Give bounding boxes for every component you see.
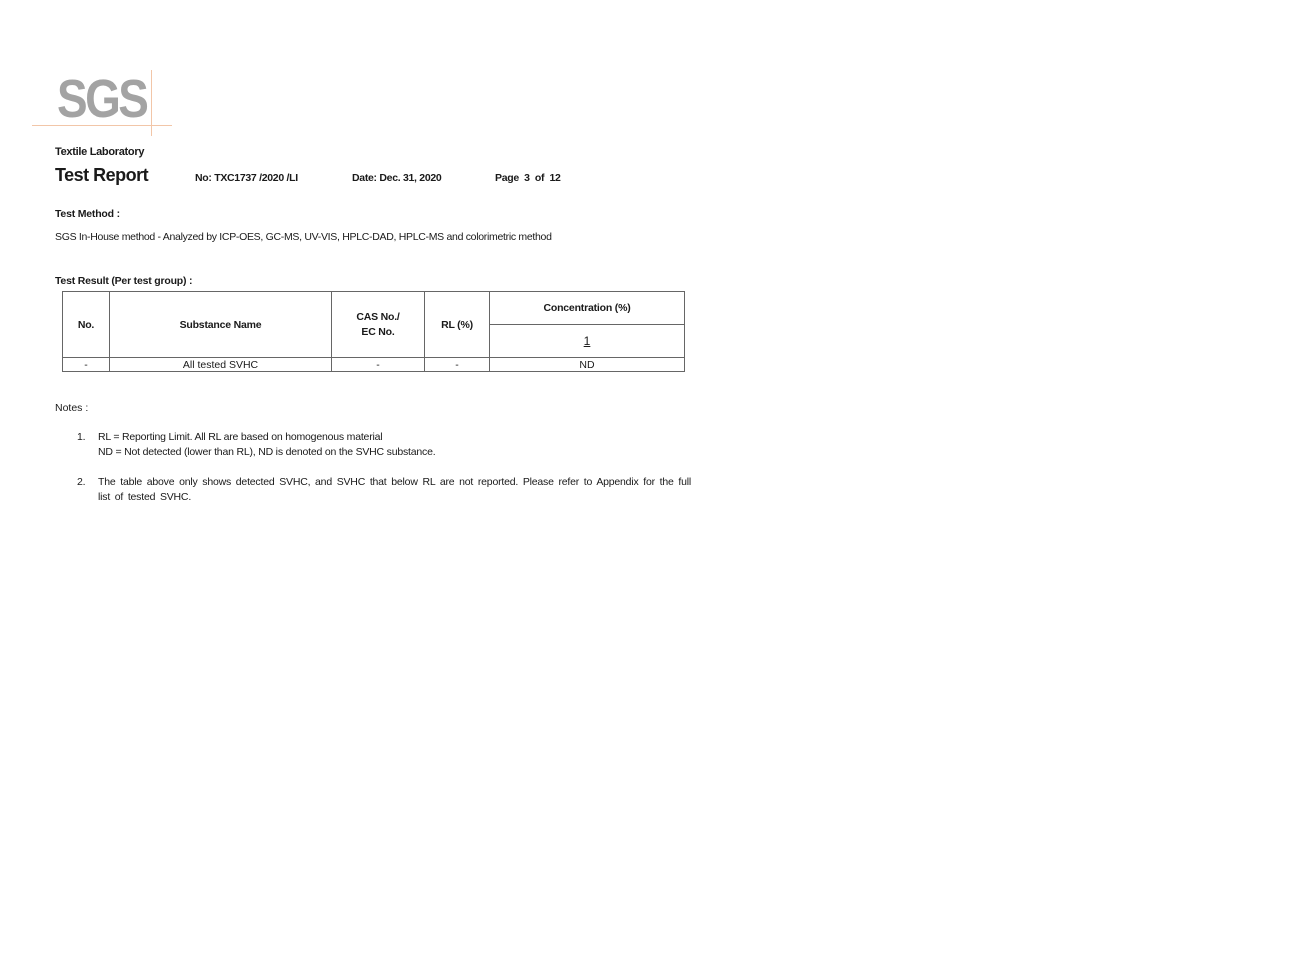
logo-text: SGS: [57, 72, 146, 126]
test-result-table: No. Substance Name CAS No./ EC No. RL (%…: [62, 291, 685, 372]
test-method-heading: Test Method :: [55, 208, 120, 220]
note-1-line2: ND = Not detected (lower than RL), ND is…: [98, 445, 435, 460]
col-cas-line2: EC No.: [332, 325, 424, 340]
col-no: No.: [63, 292, 110, 358]
notes-heading: Notes :: [55, 402, 88, 414]
sgs-logo: SGS: [32, 70, 172, 136]
col-substance: Substance Name: [110, 292, 332, 358]
cell-result: ND: [490, 358, 685, 372]
note-2-text: The table above only shows detected SVHC…: [98, 475, 691, 505]
page-indicator: Page 3 of 12: [495, 172, 561, 184]
cell-no: -: [63, 358, 110, 372]
report-number: No: TXC1737 /2020 /LI: [195, 172, 298, 184]
note-1-line1: RL = Reporting Limit. All RL are based o…: [98, 430, 382, 445]
cell-cas: -: [332, 358, 425, 372]
report-title: Test Report: [55, 165, 148, 186]
col-sample-1: 1: [490, 325, 685, 358]
logo-guide-vertical: [151, 70, 152, 136]
col-rl: RL (%): [425, 292, 490, 358]
cell-substance: All tested SVHC: [110, 358, 332, 372]
note-2-number: 2.: [77, 475, 85, 490]
note-1-number: 1.: [77, 430, 85, 445]
col-cas-line1: CAS No./: [332, 310, 424, 325]
test-result-heading: Test Result (Per test group) :: [55, 275, 192, 287]
test-method-text: SGS In-House method - Analyzed by ICP-OE…: [55, 231, 552, 243]
col-concentration: Concentration (%): [490, 292, 685, 325]
report-date: Date: Dec. 31, 2020: [352, 172, 441, 184]
cell-rl: -: [425, 358, 490, 372]
laboratory-name: Textile Laboratory: [55, 146, 144, 158]
col-cas: CAS No./ EC No.: [332, 292, 425, 358]
table-row: - All tested SVHC - - ND: [63, 358, 685, 372]
